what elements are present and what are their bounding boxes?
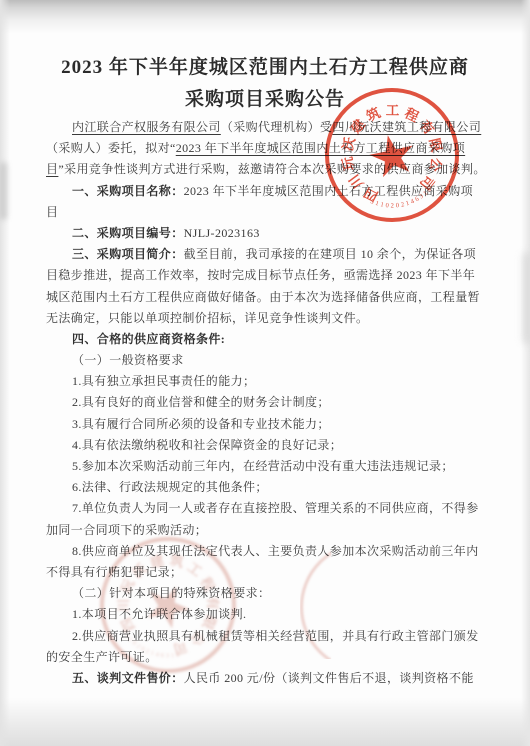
doc-line: 3.具有履行合同所必须的设备和专业技术能力； (46, 414, 498, 435)
doc-text-run: 四、合格的供应商资格条件: (72, 332, 225, 346)
doc-line: 目稳步推进，提高工作效率，按时完成目标节点任务，亟需选择 2023 年下半年 (46, 265, 498, 286)
scan-smudge (523, 252, 530, 344)
doc-text-run: 无法确定，只能以单项控制价招标，详见竞争性谈判文件。 (46, 311, 368, 325)
doc-text-run: 一、采购项目名称： (72, 184, 184, 198)
document-title-line1: 2023 年下半年度城区范围内土石方工程供应商 (0, 52, 530, 84)
doc-text-run: 3.具有履行合同所必须的设备和专业技术能力； (72, 417, 330, 431)
doc-text-run: NJLJ-2023163 (184, 226, 260, 240)
doc-text-run: 5.参加本次采购活动前三年内，在经营活动中没有重大违法违规记录； (72, 459, 454, 473)
scan-edge-top (0, 0, 530, 34)
company-seal: 四川玩沃建筑工程有限公司 5110202146315 (325, 88, 459, 222)
doc-line: 6.法律、行政法规规定的其他条件； (46, 477, 498, 498)
doc-text-run: 二、采购项目编号： (72, 226, 184, 240)
doc-text-run: 目 (46, 162, 58, 176)
doc-line: 二、采购项目编号：NJLJ-2023163 (46, 223, 498, 244)
doc-text-run: 7.单位负责人为同一人或者存在直接控股、管理关系的不同供应商，不得参 (72, 501, 479, 515)
doc-text-run: 城区范围内土石方工程供应商做好储备。由于本次为选择储备供应商，工程量暂 (46, 290, 480, 304)
scanned-document-page: { "document": { "title_lines": [ "2023 年… (0, 0, 530, 746)
doc-text-run: 目 (46, 205, 58, 219)
doc-line: 城区范围内土石方工程供应商做好储备。由于本次为选择储备供应商，工程量暂 (46, 287, 498, 308)
doc-text-run: （采购人）委托，拟对“ (46, 141, 176, 155)
doc-text-run: 6.法律、行政法规规定的其他条件； (72, 480, 268, 494)
doc-text-run: 2.具有良好的商业信誉和健全的财务会计制度； (72, 395, 330, 409)
doc-line: 5.参加本次采购活动前三年内，在经营活动中没有重大违法违规记录； (46, 456, 498, 477)
doc-text-run: 4.具有依法缴纳税收和社会保障资金的良好记录； (72, 438, 342, 452)
doc-text-run: 目稳步推进，提高工作效率，按时完成目标节点任务，亟需选择 2023 年下半年 (46, 268, 475, 282)
doc-line: 无法确定，只能以单项控制价招标，详见竞争性谈判文件。 (46, 308, 498, 329)
doc-text-run: 截至目前，我司承接的在建项目 10 余个，为保证各项 (184, 247, 476, 261)
doc-text-run: 三、采购项目简介： (72, 247, 184, 261)
faint-company-seal: 四川玩沃建筑工程有限公司 5110202146315 (100, 537, 236, 673)
doc-text-run: （一）一般资格要求 (72, 353, 184, 367)
doc-text-run: 内江联合产权服务有限公司 (72, 120, 221, 134)
scan-smudge (0, 162, 7, 220)
scan-edge-bottom (0, 698, 530, 746)
doc-line: 四、合格的供应商资格条件: (46, 329, 498, 350)
doc-line: 三、采购项目简介：截至目前，我司承接的在建项目 10 余个，为保证各项 (46, 244, 498, 265)
doc-line: 4.具有依法缴纳税收和社会保障资金的良好记录； (46, 435, 498, 456)
doc-text-run: 1.具有独立承担民事责任的能力； (72, 374, 255, 388)
doc-line: 7.单位负责人为同一人或者存在直接控股、管理关系的不同供应商，不得参 (46, 498, 498, 519)
doc-line: 2.具有良好的商业信誉和健全的财务会计制度； (46, 392, 498, 413)
doc-line: 1.具有独立承担民事责任的能力； (46, 371, 498, 392)
doc-line: （一）一般资格要求 (46, 350, 498, 371)
